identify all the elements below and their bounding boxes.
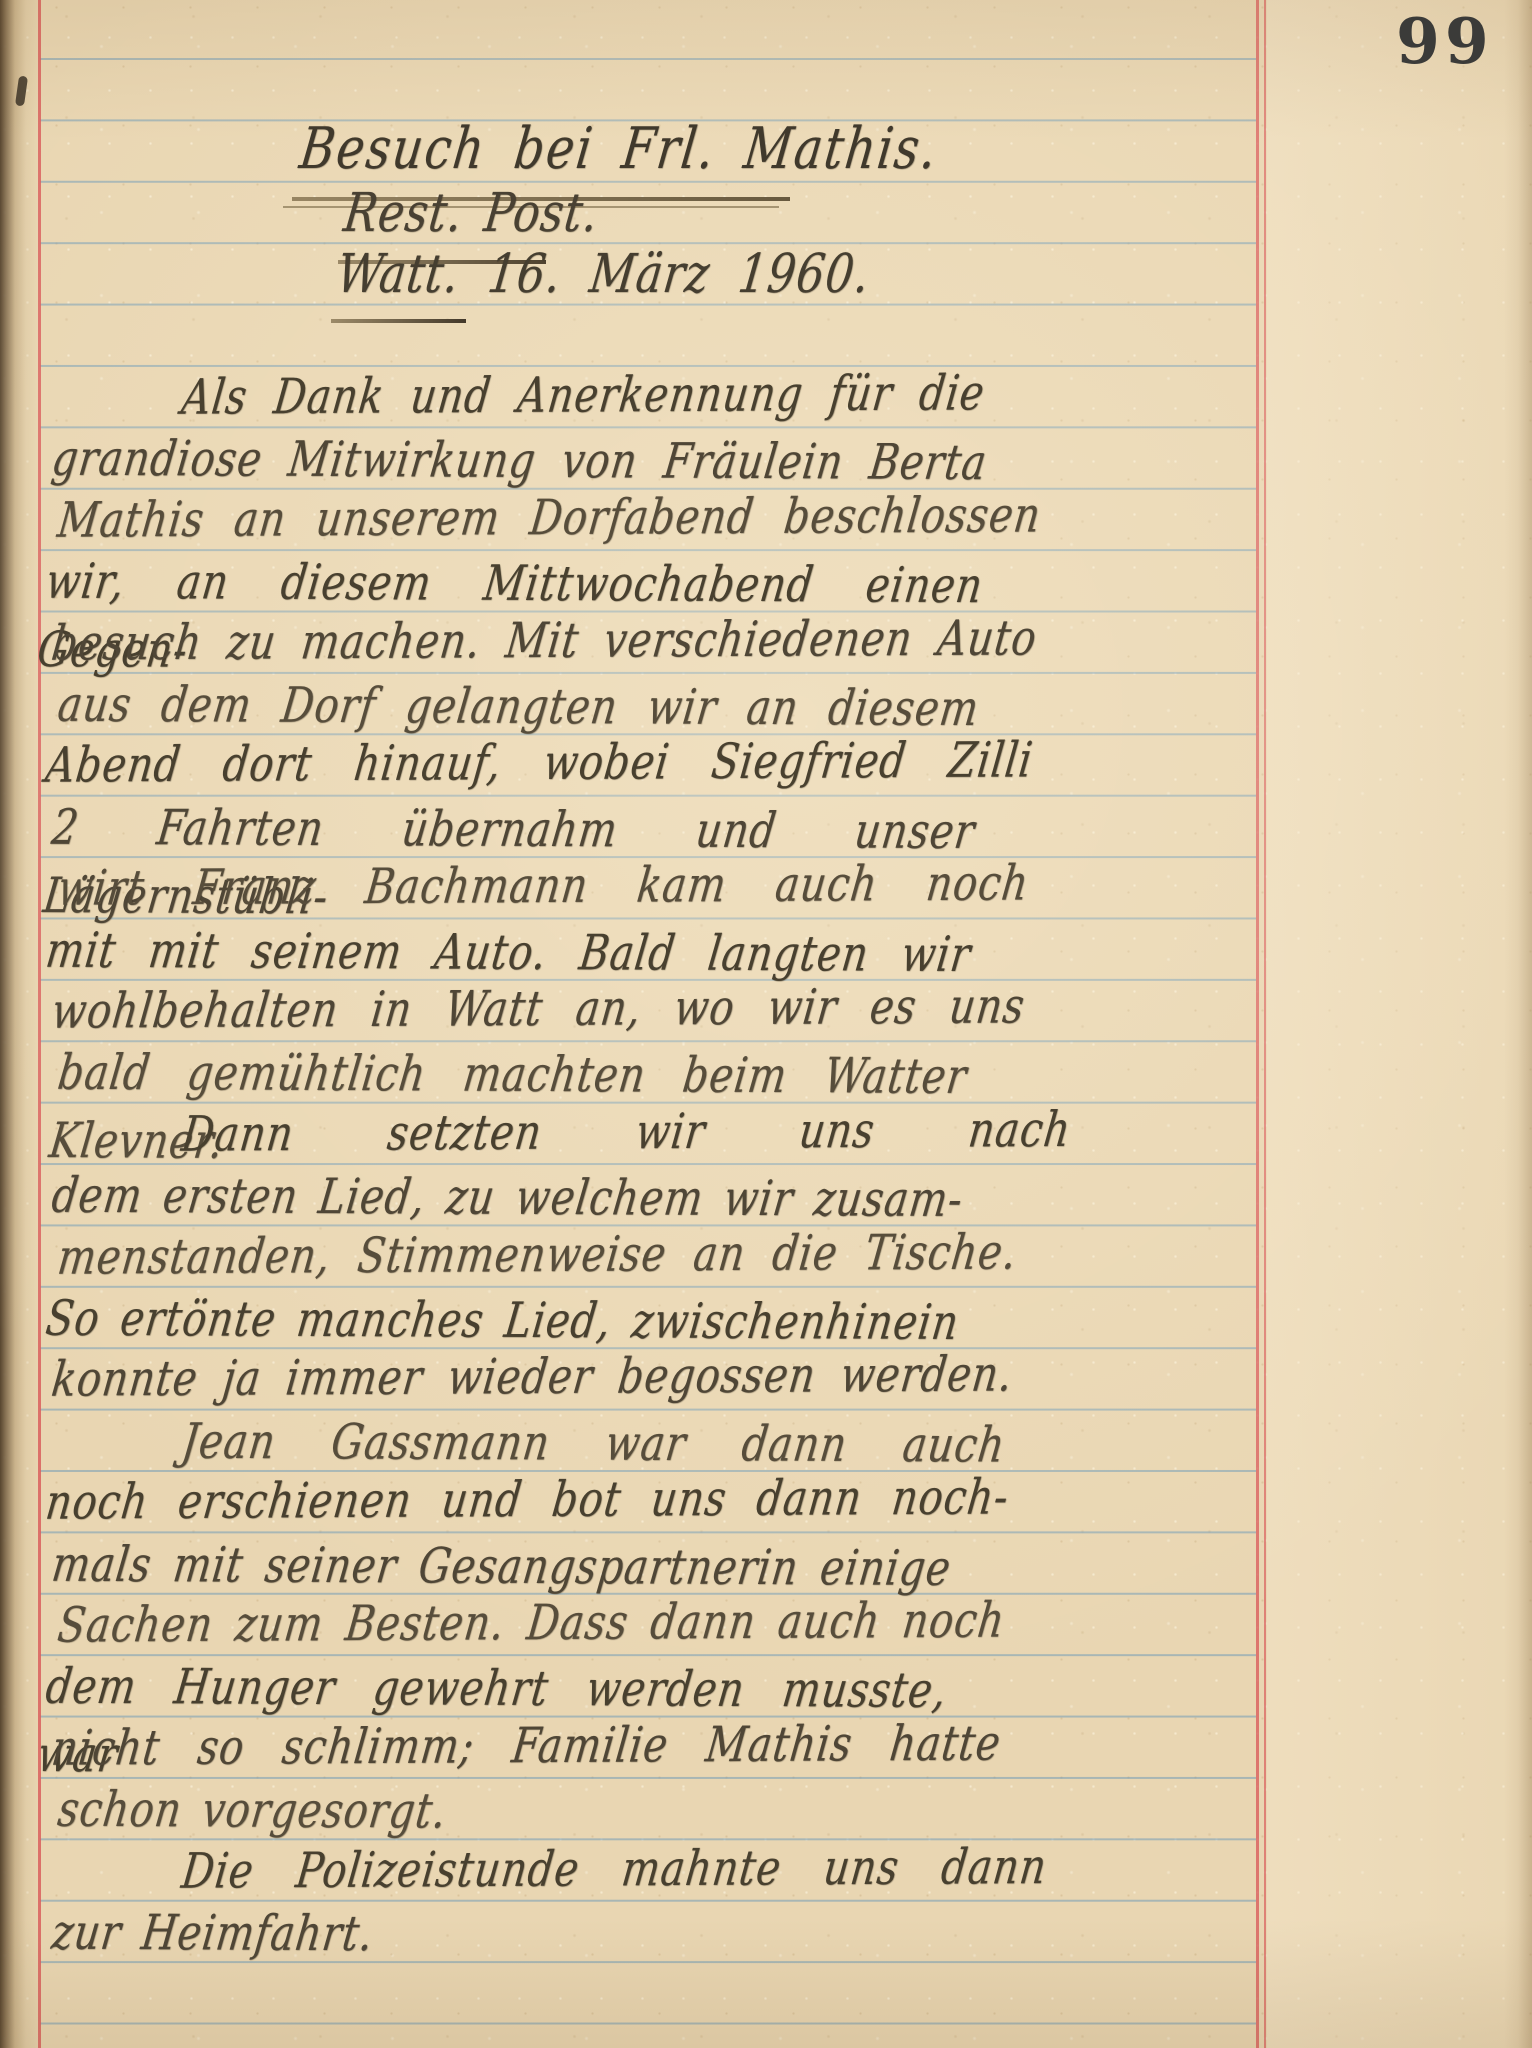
handwriting-line: besuch zu machen. Mit verschiedenen Auto (48, 604, 1041, 678)
handwriting-line: zur Heimfahrt. (48, 1899, 378, 1969)
notebook-page: 99 Besuch bei Frl. Mathis. Rest. Post. W… (0, 0, 1532, 2048)
binding-edge-shadow (0, 0, 40, 2048)
right-margin-line-inner (1264, 0, 1266, 2048)
handwriting-line: konnte ja immer wieder begossen werden. (48, 1341, 1017, 1414)
entry-subtitle: Rest. Post. (340, 180, 602, 248)
handwriting-line: Sachen zum Besten. Dass dann auch noch (54, 1587, 1009, 1660)
handwriting-line: nicht so schlimm; Familie Mathis hatte (48, 1709, 1005, 1782)
handwriting-line: Die Polizeistunde mahnte uns dann (178, 1833, 1051, 1906)
outer-margin-area (1267, 0, 1532, 2048)
handwriting-line: Mathis an unserem Dorfabend beschlossen (54, 481, 1045, 555)
ink-speck (15, 76, 28, 107)
handwriting-line: Dann setzten wir uns nach (178, 1096, 1075, 1169)
handwriting-line: menstanden, Stimmenweise an die Tische. (54, 1218, 1021, 1291)
entry-dateline: Watt. 16. März 1960. (333, 241, 874, 309)
page-number: 99 (1396, 4, 1494, 78)
dateline-place: Watt (333, 243, 448, 305)
handwriting-line: wirt Franz Bachmann kam auch noch (54, 850, 1033, 923)
dateline-place-underline (331, 319, 466, 323)
page-edge-shadow (1504, 0, 1532, 2048)
entry-title: Besuch bei Frl. Mathis. (296, 116, 942, 184)
handwriting-line: noch erschienen und bot uns dann noch- (42, 1464, 1013, 1537)
handwriting-line: Abend dort hinauf, wobei Siegfried Zilli (42, 727, 1037, 801)
handwriting-line: wohlbehalten in Watt an, wo wir es uns (48, 973, 1029, 1046)
right-margin-line-outer (1256, 0, 1259, 2048)
dateline-date: . 16. März 1960. (440, 243, 873, 305)
handwriting-line: Als Dank und Anerkennung für die (178, 359, 989, 432)
handwriting-line: schon vorgesorgt. (54, 1776, 451, 1846)
